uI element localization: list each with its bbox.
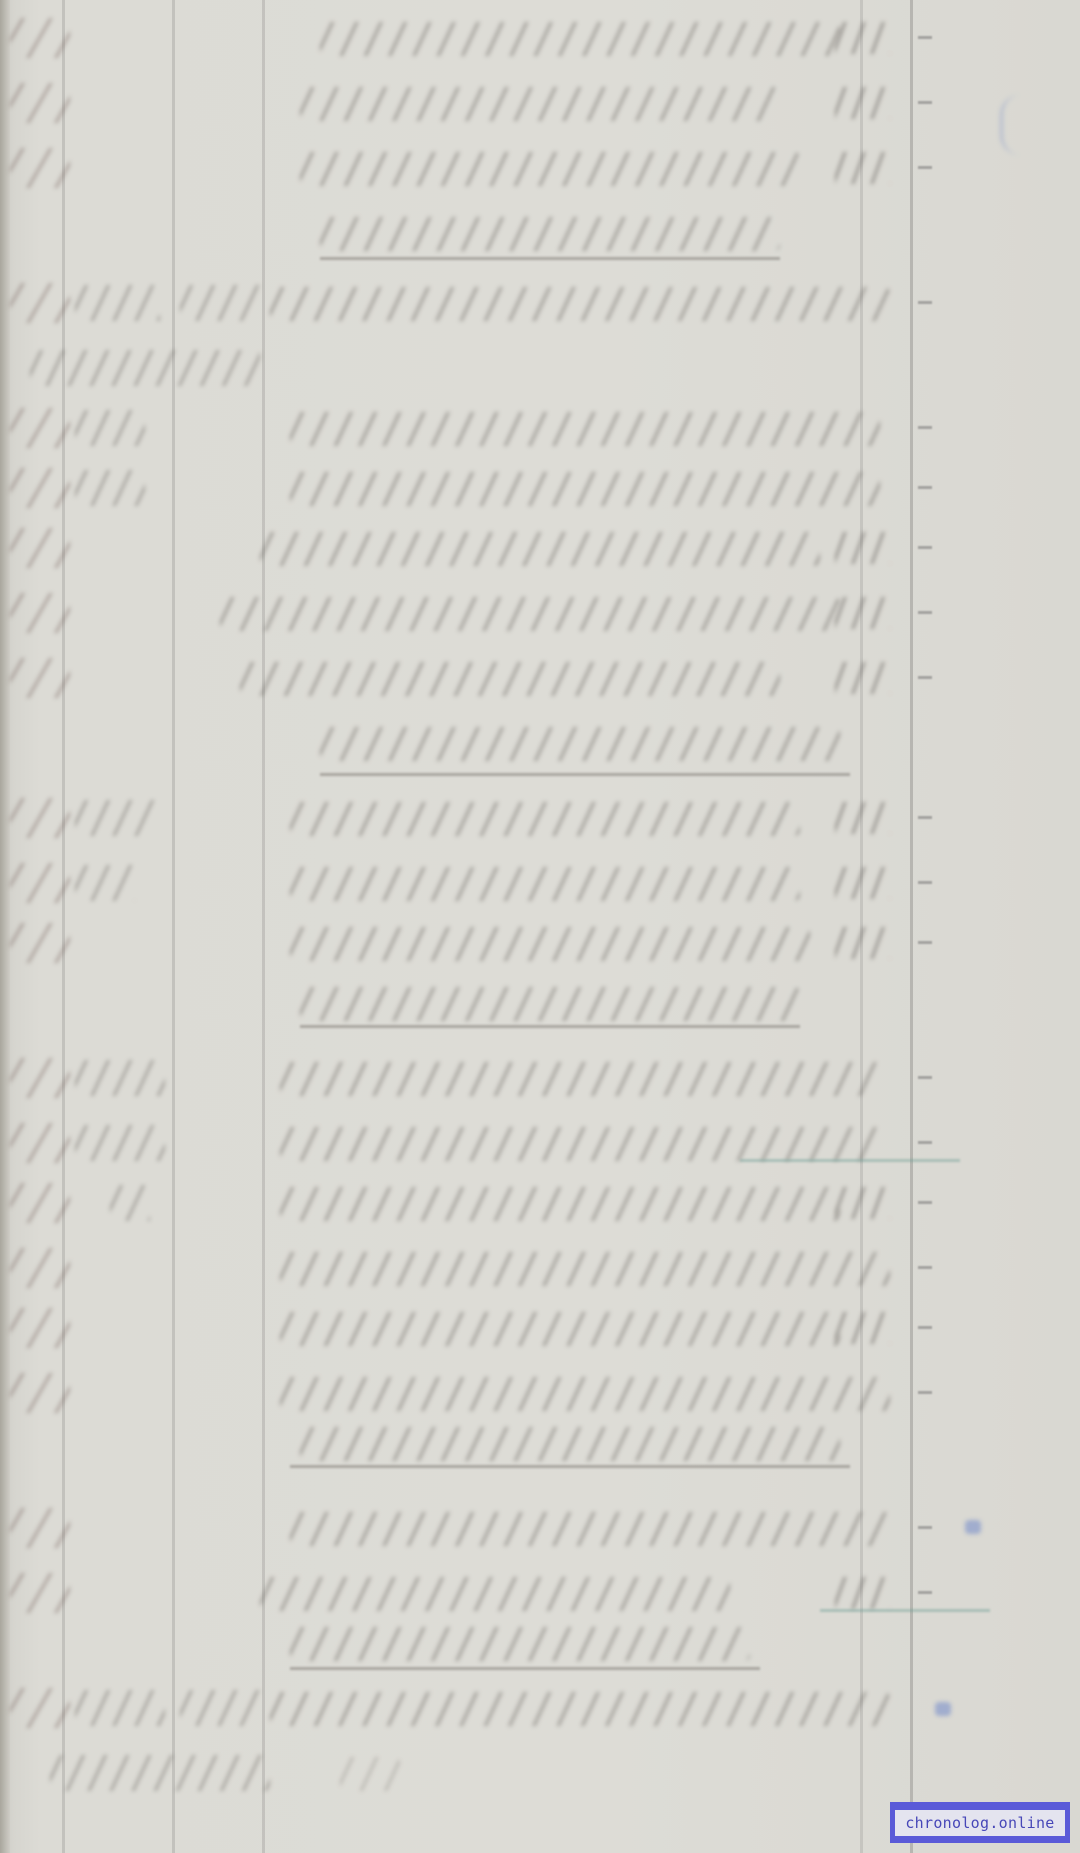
ledger-row: [illegible entry] [0,75,1080,135]
ledger-heading: [illegible heading] [0,1615,1080,1675]
ledger-row: [illegible entry] [0,1175,1080,1235]
ledger-row: [illegible entry] [0,1680,1080,1740]
ledger-row: [illegible entry] [0,585,1080,645]
ledger-row: [illegible entry] [0,1300,1080,1360]
ledger-row: [illegible entry] [0,10,1080,70]
ledger-row: [illegible entry] [0,460,1080,520]
ledger-heading: [illegible heading] [0,1415,1080,1475]
watermark-badge: chronolog.online [890,1802,1070,1843]
ledger-row: [illegible entry] [0,650,1080,710]
ledger-row: [illegible entry] [0,1115,1080,1175]
ledger-row: [illegible entry] [0,915,1080,975]
ledger-row: [illegible entry] [0,855,1080,915]
ledger-row: [illegible entry] [0,140,1080,200]
ledger-heading: [illegible heading] [0,975,1080,1035]
ledger-row: [illegible entry] [0,790,1080,850]
ledger-row: [illegible entry] [0,400,1080,460]
ledger-row: [illegible entry] [0,275,1080,335]
watermark-text: chronolog.online [895,1810,1064,1836]
ledger-row: [illegible entry] [0,1050,1080,1110]
ledger-heading: [illegible heading] [0,715,1080,775]
ledger-row: [illegible entry] [0,1240,1080,1300]
ledger-heading: [illegible heading] [0,205,1080,265]
ledger-row: [illegible entry] [0,520,1080,580]
ledger-note: [illegible note] [0,1745,1080,1805]
ledger-row: [illegible entry] [0,1500,1080,1560]
ledger-note: [illegible note] [0,340,1080,400]
